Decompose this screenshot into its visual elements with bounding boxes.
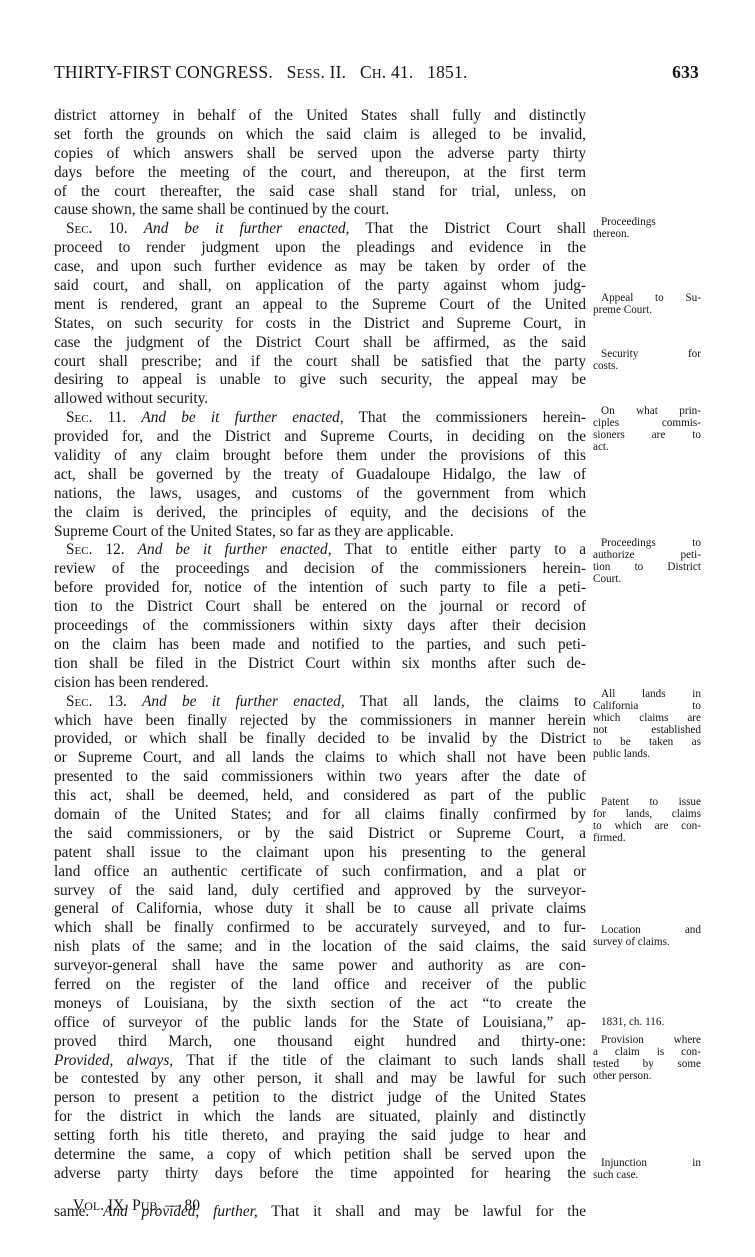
margin-note-line: 1831, ch. 116. [593,1016,701,1028]
page-number: 633 [672,62,699,83]
text-line: presented to the said commissioners with… [54,768,586,787]
section-heading-line: Sec. 12. And be it further enacted, That… [54,541,586,560]
margin-note-line: preme Court. [593,304,701,316]
text-line: office of surveyor of the public lands f… [54,1014,586,1033]
text-line: cause shown, the same shall be continued… [54,201,586,220]
signature-mark: VOL. IX. PUB. — 80 [73,1197,200,1215]
section-number: Sec. 12. [66,541,125,558]
running-header: THIRTY-FIRST CONGRESS. SESS. II. CH. 41.… [54,62,699,86]
text-line: ferred on the register of the land offic… [54,976,586,995]
section-number: Sec. 11. [66,409,126,426]
margin-note-line: tested by some [593,1058,701,1070]
text-line: proceedings of the commissioners within … [54,617,586,636]
text-line: of the court thereafter, the said case s… [54,183,586,202]
text-line: allowed without security. [54,390,586,409]
margin-note-line: ciples commis- [593,417,701,429]
section-heading-line: Sec. 11. And be it further enacted, That… [54,409,586,428]
text-line: tion to the District Court shall be ente… [54,598,586,617]
text-line: which shall be finally confirmed to be a… [54,919,586,938]
margin-note: Proceedings toauthorize peti-tion to Dis… [593,537,701,585]
text-line: land office an authentic certificate of … [54,863,586,882]
margin-note-line: other person. [593,1070,701,1082]
section-number: Sec. 13. [66,693,127,710]
margin-note: Location andsurvey of claims. [593,924,701,948]
margin-note-line: a claim is con- [593,1046,701,1058]
margin-note-line: to be taken as [593,736,701,748]
text-line: the said commissioners, or by the said D… [54,825,586,844]
text-line: district attorney in behalf of the Unite… [54,107,586,126]
header-title: THIRTY-FIRST CONGRESS. SESS. II. CH. 41.… [54,62,468,83]
text-line: said court, and shall, on application of… [54,277,586,296]
margin-note-line: not established [593,724,701,736]
text-line: the claim is derived, the principles of … [54,504,586,523]
margin-note: On what prin-ciples commis-sioners are t… [593,405,701,453]
enacting-clause: And be it further enacted, [142,693,345,710]
margin-note-line: for lands, claims [593,808,701,820]
text-line: general of California, whose duty it sha… [54,900,586,919]
text-line: cision has been rendered. [54,674,586,693]
text-line: set forth the grounds on which the said … [54,126,586,145]
margin-note-line: California to [593,700,701,712]
text-line: moneys of Louisiana, by the sixth sectio… [54,995,586,1014]
enacting-clause: And be it further enacted, [141,409,343,426]
margin-note-line: Proceedings [593,216,701,228]
text-line: desiring to appeal is unable to give suc… [54,371,586,390]
margin-note-line: Security for [593,348,701,360]
margin-note-line: Injunction in [593,1157,701,1169]
text-line: or Supreme Court, and all lands the clai… [54,749,586,768]
text-line: Supreme Court of the United States, so f… [54,523,586,542]
enacting-clause: And be it further enacted, [144,220,350,237]
text-line: days before the meeting of the court, an… [54,164,586,183]
text-line: domain of the United States; and for all… [54,806,586,825]
margin-note-line: Appeal to Su- [593,292,701,304]
text-line: proceed to render judgment upon the plea… [54,239,586,258]
text-line: for the district in which the lands are … [54,1108,586,1127]
text-line: nish plats of the same; and in the locat… [54,938,586,957]
margin-note: 1831, ch. 116. [593,1016,701,1028]
enacting-clause: And be it further enacted, [138,541,332,558]
margin-note-line: On what prin- [593,405,701,417]
text-line: adverse party thirty days before the tim… [54,1165,586,1184]
margin-note-line: All lands in [593,688,701,700]
year-label: 1851. [427,62,467,82]
main-text-column: district attorney in behalf of the Unite… [54,107,586,1222]
text-line: validity of any claim brought before the… [54,447,586,466]
margin-note-line: to which are con- [593,820,701,832]
margin-note: Injunction insuch case. [593,1157,701,1181]
text-line: on the claim has been made and notified … [54,636,586,655]
margin-note-line: Court. [593,573,701,585]
chapter-label: CH. 41. [360,62,413,82]
text-line: be contested by any other person, it sha… [54,1070,586,1089]
text-line: tion shall be filed in the District Cour… [54,655,586,674]
margin-note: Provision wherea claim is con-tested by … [593,1034,701,1082]
text-line: case the judgment of the District Court … [54,334,586,353]
text-line: provided for, and the District and Supre… [54,428,586,447]
section-heading-line: Sec. 13. And be it further enacted, That… [54,693,586,712]
margin-note-line: Provision where [593,1034,701,1046]
margin-note: Patent to issuefor lands, claimsto which… [593,796,701,844]
margin-note-line: survey of claims. [593,936,701,948]
section-number: Sec. 10. [66,220,128,237]
margin-note-line: such case. [593,1169,701,1181]
text-line: survey of the said land, duly certified … [54,882,586,901]
text-line: determine the same, a copy of which peti… [54,1146,586,1165]
text-line: surveyor-general shall have the same pow… [54,957,586,976]
margin-note-line: public lands. [593,748,701,760]
margin-note-line: authorize peti- [593,549,701,561]
text-line: proved third March, one thousand eight h… [54,1033,586,1052]
text-line: copies of which answers shall be served … [54,145,586,164]
margin-note: Security forcosts. [593,348,701,372]
margin-note-line: Patent to issue [593,796,701,808]
margin-note-line: Proceedings to [593,537,701,549]
text-line: patent shall issue to the claimant upon … [54,844,586,863]
margin-note-line: costs. [593,360,701,372]
text-line: person to present a petition to the dist… [54,1089,586,1108]
text-line: case, and upon such further evidence as … [54,258,586,277]
text-line: before provided for, notice of the inten… [54,579,586,598]
margin-note: Proceedingsthereon. [593,216,701,240]
margin-note-line: tion to District [593,561,701,573]
text-line: nations, the laws, usages, and customs o… [54,485,586,504]
text-line: act, shall be governed by the treaty of … [54,466,586,485]
text-line: this act, shall be deemed, held, and con… [54,787,586,806]
proviso-clause: Provided, always, [54,1052,173,1069]
section-heading-line: Sec. 10. And be it further enacted, That… [54,220,586,239]
text-line: provided, or which shall be finally deci… [54,730,586,749]
session-label: SESS. II. [287,62,347,82]
congress-label: THIRTY-FIRST CONGRESS. [54,62,273,82]
margin-note-line: sioners are to [593,429,701,441]
margin-note-line: act. [593,441,701,453]
margin-note: All lands inCalifornia towhich claims ar… [593,688,701,760]
text-line: which have been finally rejected by the … [54,712,586,731]
margin-note-line: thereon. [593,228,701,240]
text-line: ment is rendered, grant an appeal to the… [54,296,586,315]
text-line: review of the proceedings and decision o… [54,560,586,579]
margin-note-line: which claims are [593,712,701,724]
proviso-line: Provided, always, That if the title of t… [54,1052,586,1071]
text-line: States, on such security for costs in th… [54,315,586,334]
text-line: court shall prescribe; and if the court … [54,353,586,372]
margin-note-line: Location and [593,924,701,936]
text-line: setting forth his title thereto, and pra… [54,1127,586,1146]
margin-note-line: firmed. [593,832,701,844]
margin-note: Appeal to Su-preme Court. [593,292,701,316]
